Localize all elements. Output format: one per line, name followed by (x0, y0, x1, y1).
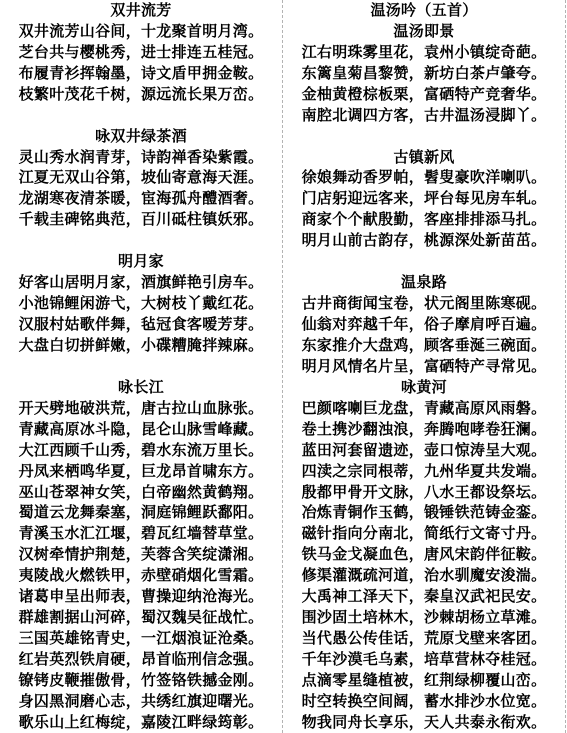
poem-line: 当代愚公传佳话，荒原戈壁来客团。 (283, 628, 565, 649)
poem-line: 巫山苍翠神女笑，白帝幽然黄鹤翔。 (0, 482, 282, 503)
poem-line: 商家个个献殷勤，客座排排添马扎。 (283, 209, 565, 230)
poem-line: 诸葛申呈出师表，曹操迎纳沧海光。 (0, 586, 282, 607)
poem-line: 围沙固土培林木，沙棘胡杨立草滩。 (283, 607, 565, 628)
poem-line: 修渠灌溉疏河道，治水驯魔安浚湍。 (283, 565, 565, 586)
poem-line: 红岩英烈铁肩硬，昂首临刑信念强。 (0, 649, 282, 670)
poem-line: 磁针指向分南北，简纸行文寄寸丹。 (283, 523, 565, 544)
poem-line: 巴颜喀喇巨龙盘，青藏高原风雨磐。 (283, 398, 565, 419)
poem-line: 三国英雄铭青史，一江烟浪证沧桑。 (0, 628, 282, 649)
poem-line: 物我同舟长享乐，天人共泰永衔欢。 (283, 712, 565, 733)
poem-line: 汉服村姑歌伴舞，毡冠食客嗳芳芽。 (0, 314, 282, 335)
poem-title: 咏黄河 (283, 377, 565, 398)
spacer-row (283, 251, 565, 272)
poem-column-right: 温汤吟（五首）温汤即景江右明珠雾里花，袁州小镇绽奇葩。东篱皇菊昌黎赞，新坊白茶卢… (283, 0, 566, 733)
poem-line: 金柚黄橙棕板栗，富硒特产竞奢华。 (283, 84, 565, 105)
poem-line: 南腔北调四方客，古井温汤浸脚丫。 (283, 105, 565, 126)
poem-line: 丹凤来栖鸣华夏，巨龙昂首啸东方。 (0, 461, 282, 482)
poem-title: 咏双井绿茶酒 (0, 126, 282, 147)
poem-line: 大禹神工泽天下，秦皇汉武祀民安。 (283, 586, 565, 607)
poem-line: 镣铐皮鞭摧傲骨，竹签铬铁撼金刚。 (0, 670, 282, 691)
poem-line: 好客山居明月家，酒旗鲜艳引房车。 (0, 272, 282, 293)
poem-line: 卷土携沙翻浊浪，奔腾咆哮卷狂澜。 (283, 419, 565, 440)
poem-line: 灵山秀水润青芽，诗韵禅香染紫霞。 (0, 147, 282, 168)
poem-line: 千年沙漠毛乌素，培草营林夺桂冠。 (283, 649, 565, 670)
poem-line: 江右明珠雾里花，袁州小镇绽奇葩。 (283, 42, 565, 63)
poem-line: 点滴零星缝植被，红荆绿柳覆山峦。 (283, 670, 565, 691)
poem-line: 古井商街闻宝卷，状元阁里陈寒砚。 (283, 293, 565, 314)
poem-line: 徐娘舞动香罗帕，髫叟豪吹洋喇叭。 (283, 168, 565, 189)
poem-line: 东篱皇菊昌黎赞，新坊白茶卢肇夸。 (283, 63, 565, 84)
poem-line: 门店躬迎远客来，坪台每见房车轧。 (283, 188, 565, 209)
poem-line: 双井流芳山谷间，十龙聚首明月湾。 (0, 21, 282, 42)
spacer-row (0, 356, 282, 377)
poem-line: 仙翁对弈越千年，俗子摩肩呼百遍。 (283, 314, 565, 335)
poem-line: 布履青衫挥翰墨，诗文盾甲拥金鞍。 (0, 63, 282, 84)
poem-line: 东家推介大盘鸡，顾客垂涎三碗面。 (283, 335, 565, 356)
document-page: 双井流芳双井流芳山谷间，十龙聚首明月湾。芝台共与樱桃秀，进士排连五桂冠。布履青衫… (0, 0, 567, 733)
poem-line: 江夏无双山谷第，坡仙寄意海天涯。 (0, 168, 282, 189)
poem-line: 明月风情名片呈，富硒特产寻常见。 (283, 356, 565, 377)
poem-title: 咏长江 (0, 377, 282, 398)
poem-line: 千载圭碑铭典范，百川砥柱镇妖邪。 (0, 209, 282, 230)
poem-line: 殷都甲骨开文脉，八水王都设祭坛。 (283, 482, 565, 503)
poem-line: 枝繁叶茂花千树，源远流长果万峦。 (0, 84, 282, 105)
poem-line: 歌乐山上红梅绽，嘉陵江畔绿筠彰。 (0, 712, 282, 733)
poem-line: 蓝田河套留遗迹，壶口惊涛呈大观。 (283, 440, 565, 461)
poem-line: 四渎之宗同根蒂，九州华夏共发端。 (283, 461, 565, 482)
poem-line: 蜀道云龙舞秦塞，洞庭锦鲤跃鄱阳。 (0, 503, 282, 524)
poem-column-left: 双井流芳双井流芳山谷间，十龙聚首明月湾。芝台共与樱桃秀，进士排连五桂冠。布履青衫… (0, 0, 283, 733)
poem-line: 开天劈地破洪荒，唐古拉山血脉张。 (0, 398, 282, 419)
poem-line: 龙湖寒夜清茶暖，宦海孤舟醴酒奢。 (0, 188, 282, 209)
poem-line: 大盘白切拼鲜嫩，小碟糟腌拌辣麻。 (0, 335, 282, 356)
poem-line: 青溪玉水汇江堰，碧瓦红墙替草堂。 (0, 523, 282, 544)
poem-line: 群雄割据山河碎，蜀汉魏吴征战忙。 (0, 607, 282, 628)
poem-line: 明月山前古韵存，桃源深处新苗茁。 (283, 230, 565, 251)
poem-line: 时空转换空间阔，蓄水排沙水位宽。 (283, 691, 565, 712)
poem-title: 明月家 (0, 251, 282, 272)
poem-line: 身囚黑洞磨心志，共绣红旗迎曙光。 (0, 691, 282, 712)
poem-line: 青藏高原冰斗隐，昆仑山脉雪峰藏。 (0, 419, 282, 440)
poem-line: 冶炼青铜作玉鹤，锻锤铁范铸金銮。 (283, 503, 565, 524)
spacer-row (283, 126, 565, 147)
poem-line: 夷陵战火燃铁甲，赤壁硝烟化雪霜。 (0, 565, 282, 586)
poem-line: 大江西顾千山秀，碧水东流万里长。 (0, 440, 282, 461)
poem-title: 温汤吟（五首） (283, 0, 565, 21)
poem-title: 温汤即景 (283, 21, 565, 42)
poem-line: 汉树牵情护荆楚，芙蓉含笑绽潇湘。 (0, 544, 282, 565)
spacer-row (0, 230, 282, 251)
poem-line: 铁马金戈凝血色，唐风宋韵伴征鞍。 (283, 544, 565, 565)
poem-title: 温泉路 (283, 272, 565, 293)
poem-title: 古镇新风 (283, 147, 565, 168)
poem-line: 芝台共与樱桃秀，进士排连五桂冠。 (0, 42, 282, 63)
spacer-row (0, 105, 282, 126)
poem-line: 小池锦鲤闲游弋，大树枝丫戴红花。 (0, 293, 282, 314)
poem-title: 双井流芳 (0, 0, 282, 21)
